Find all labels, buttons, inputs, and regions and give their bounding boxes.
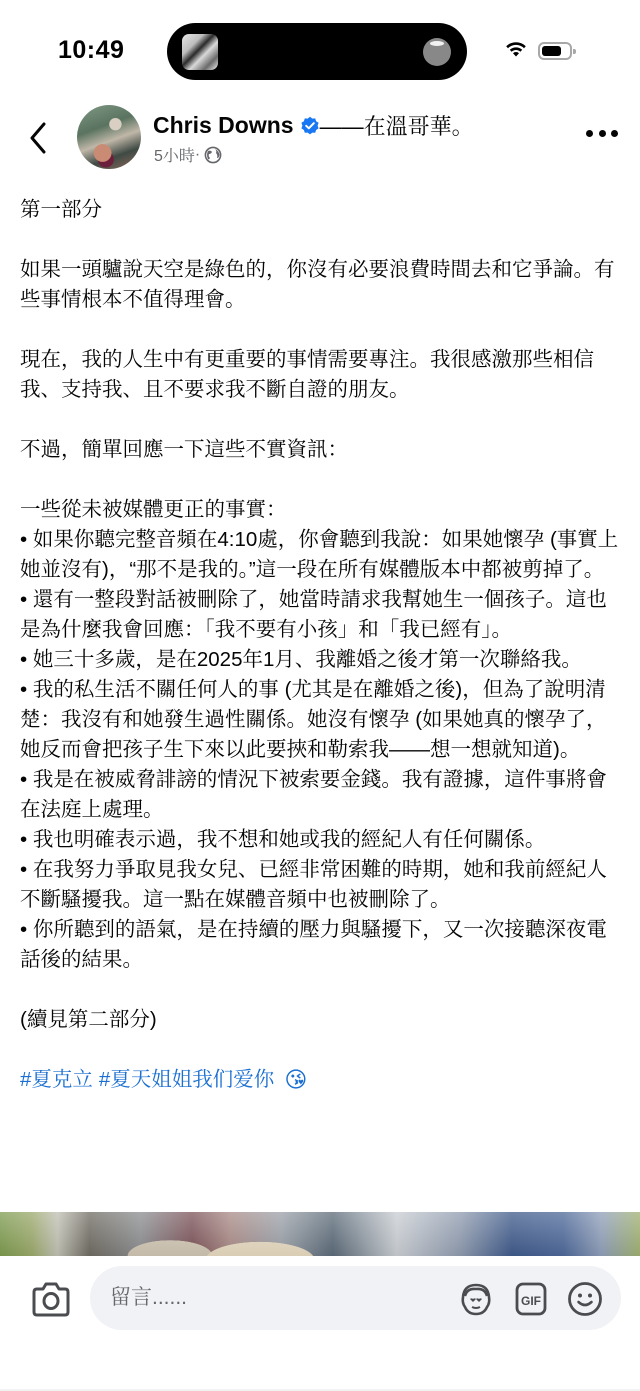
dot <box>611 130 618 137</box>
dot <box>586 130 593 137</box>
avatar-sticker-icon[interactable] <box>458 1281 494 1317</box>
post-meta: 5小時 · <box>154 143 222 166</box>
homepod-icon <box>423 38 451 66</box>
more-options-button[interactable] <box>586 130 618 142</box>
smiley-icon[interactable] <box>567 1281 603 1317</box>
post-paragraph: (續見第二部分) <box>20 1005 624 1035</box>
kiss-emoji: 😘 <box>284 1065 307 1095</box>
location-text[interactable]: ——在溫哥華。 <box>320 110 474 141</box>
post-paragraph: 不過，簡單回應一下這些不實資訊： <box>20 435 624 465</box>
author-avatar[interactable] <box>77 105 141 169</box>
status-bar: 10:49 <box>0 0 640 90</box>
author-line: Chris Downs ——在溫哥華。 <box>153 110 474 141</box>
verified-badge-icon <box>300 116 320 136</box>
hashtags: #夏克立 #夏天姐姐我们爱你 😘 <box>20 1065 624 1095</box>
post-body: 第一部分 如果一頭驢說天空是綠色的，你沒有必要浪費時間去和它爭論。有些事情根本不… <box>20 195 624 1095</box>
post-paragraph: 如果一頭驢說天空是綠色的，你沒有必要浪費時間去和它爭論。有些事情根本不值得理會。 <box>20 255 624 315</box>
dynamic-island[interactable] <box>167 23 467 80</box>
post-header: Chris Downs ——在溫哥華。 5小時 · <box>0 98 640 178</box>
svg-text:GIF: GIF <box>521 1294 541 1308</box>
wifi-icon <box>505 40 527 58</box>
post-paragraph: 現在，我的人生中有更重要的事情需要專注。我很感激那些相信我、支持我、且不要求我不… <box>20 345 624 405</box>
post-photo[interactable] <box>0 1212 640 1256</box>
hashtag-link[interactable]: #夏克立 <box>20 1065 93 1095</box>
facts-list: 一些從未被媒體更正的事實： • 如果你聽完整音頻在4:10處，你會聽到我說：如果… <box>20 495 624 975</box>
meta-separator: · <box>195 146 200 164</box>
comment-bar: GIF <box>0 1256 640 1391</box>
post-timestamp[interactable]: 5小時 <box>154 143 195 166</box>
camera-icon[interactable] <box>32 1281 70 1317</box>
globe-icon <box>204 146 222 164</box>
comment-input-container: GIF <box>90 1266 621 1330</box>
now-playing-artwork <box>182 34 218 70</box>
status-time: 10:49 <box>58 36 124 65</box>
author-name[interactable]: Chris Downs <box>153 112 294 139</box>
back-button[interactable] <box>24 118 54 158</box>
battery-icon <box>538 42 572 60</box>
post-paragraph: 第一部分 <box>20 195 624 225</box>
hashtag-link[interactable]: #夏天姐姐我们爱你 <box>99 1065 274 1095</box>
gif-icon[interactable]: GIF <box>513 1281 549 1317</box>
dot <box>599 130 606 137</box>
comment-input[interactable] <box>110 1266 450 1330</box>
